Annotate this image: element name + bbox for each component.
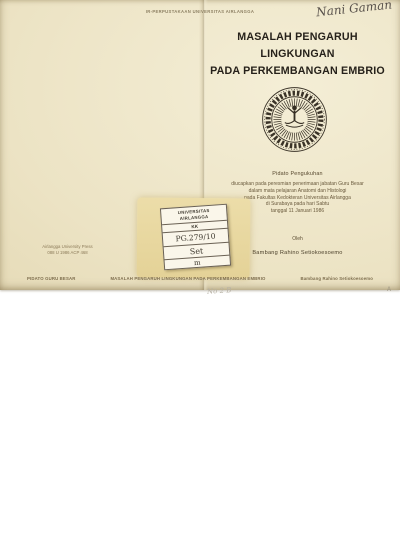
corner-mark: A [387, 287, 391, 293]
call-number-sticker: UNIVERSITAS AIRLANGGA KK PG.279/10 Set m [160, 204, 231, 271]
pencil-note: No 2 B [207, 286, 232, 296]
press-imprint: Airlangga University Press 088 U 1986 AC… [20, 244, 115, 255]
footer-title: MASALAH PENGARUH LINGKUNGAN PADA PERKEMB… [110, 276, 265, 281]
handwritten-note: Nani Gaman [315, 0, 400, 19]
speech-line: dalam mata pelajaran Anatomi dan Histolo… [203, 188, 392, 195]
sticker-university-line2: AIRLANGGA [180, 214, 209, 221]
footer-author: Bambang Rahino Setiokoesoemo [301, 276, 373, 281]
scanned-book-cover: IR-PERPUSTAKAAN UNIVERSITAS AIRLANGGA Na… [0, 0, 400, 290]
footer-strip: PIDATO GURU BESAR MASALAH PENGARUH LINGK… [0, 276, 400, 281]
library-watermark: IR-PERPUSTAKAAN UNIVERSITAS AIRLANGGA [140, 9, 260, 14]
university-seal-icon [261, 86, 328, 153]
document-title: MASALAH PENGARUH LINGKUNGAN PADA PERKEMB… [208, 29, 387, 80]
speech-heading: Pidato Pengukuhan [210, 171, 385, 177]
footer-left: PIDATO GURU BESAR [27, 276, 75, 281]
speech-line: diucapkan pada peresmian penerimaan jaba… [203, 181, 392, 188]
document-title-line1: MASALAH PENGARUH LINGKUNGAN [208, 29, 387, 63]
document-title-line2: PADA PERKEMBANGAN EMBRIO [208, 63, 387, 80]
press-imprint-line2: 088 U 1986 ACP 468 [20, 250, 115, 256]
